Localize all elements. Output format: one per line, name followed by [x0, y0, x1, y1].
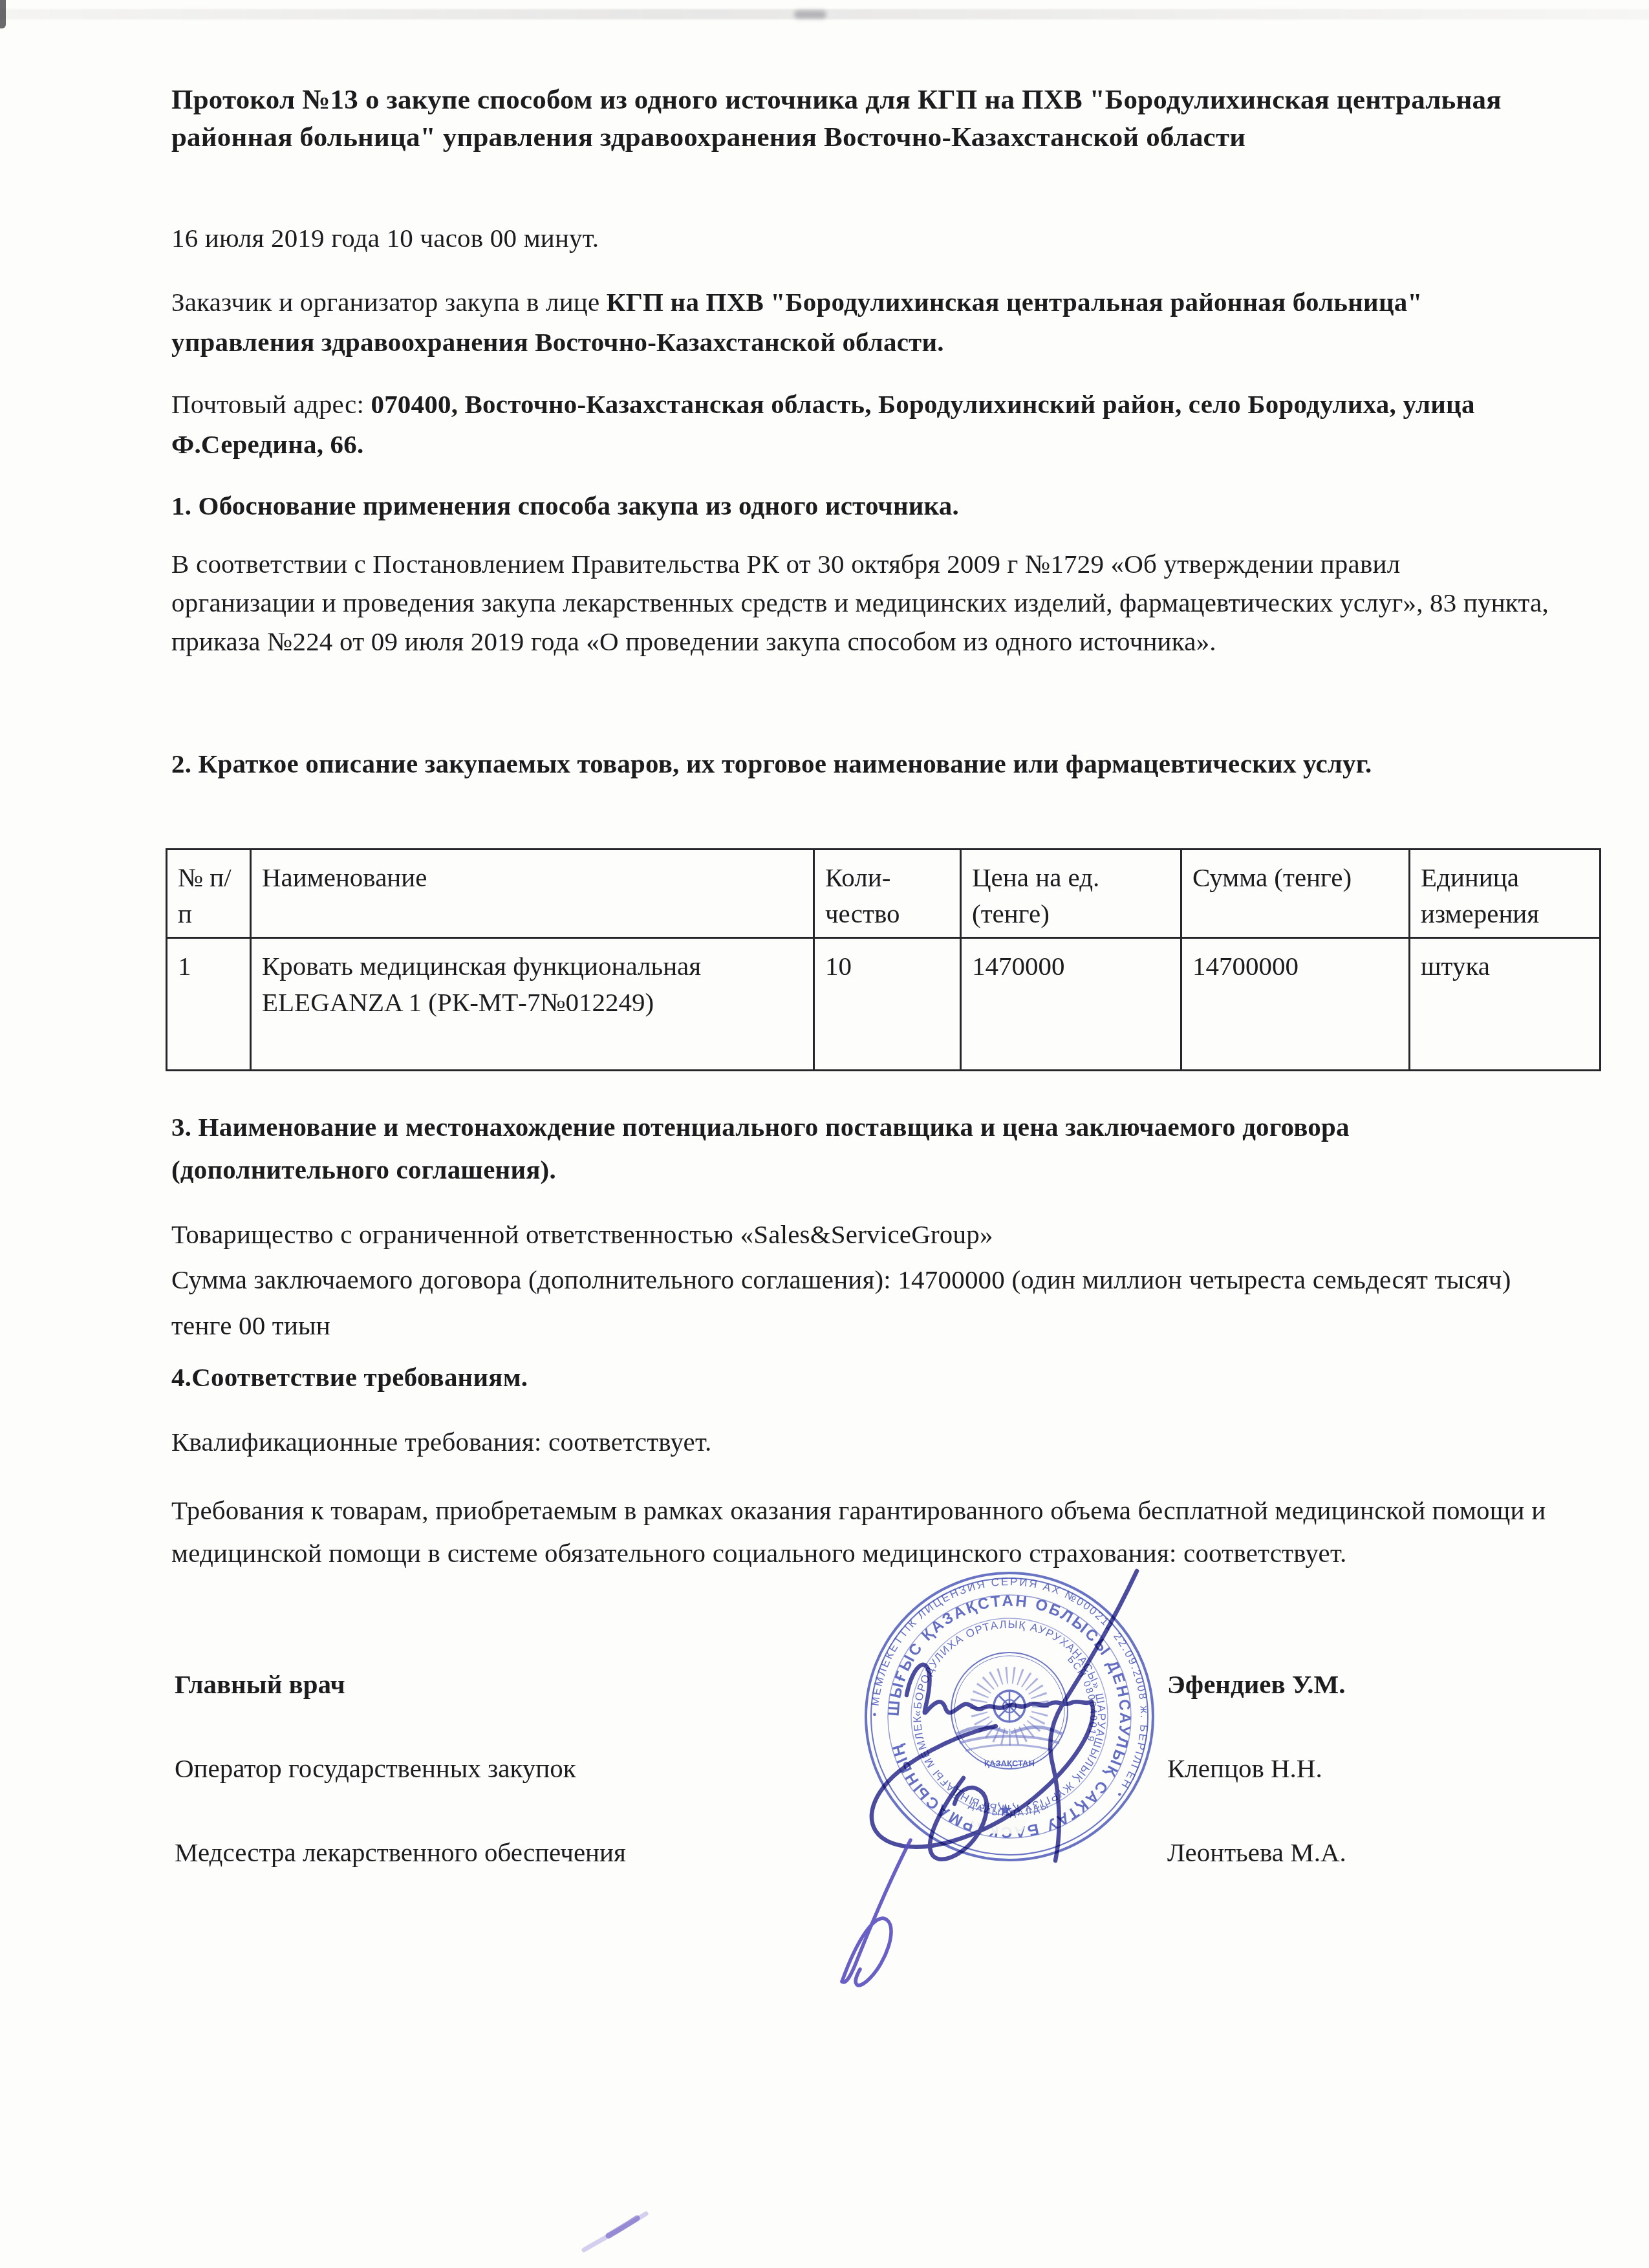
procurement-table: № п/п Наименование Коли-чество Цена на е…: [166, 848, 1601, 1071]
signatory-role: Оператор государственных закупок: [175, 1753, 576, 1783]
section-2-heading: 2. Краткое описание закупаемых товаров, …: [171, 744, 1549, 784]
table-cell-sum: 14700000: [1181, 938, 1410, 1071]
table-header-quantity: Коли-чество: [814, 850, 961, 938]
table-cell-unit-price: 1470000: [961, 938, 1181, 1071]
qualification-line: Квалификационные требования: соответству…: [171, 1422, 1549, 1461]
scan-artifact-corner-mark: [0, 0, 6, 28]
customer-intro-text: Заказчик и организатор закупа в лице: [171, 287, 607, 317]
table-cell-number: 1: [167, 938, 251, 1071]
scanned-protocol-page: Протокол №13 о закупе способом из одного…: [0, 0, 1649, 2268]
table-cell-unit: штука: [1410, 938, 1600, 1071]
table-cell-quantity: 10: [814, 938, 961, 1071]
table-header-unit: Единица измерения: [1410, 850, 1600, 938]
postal-label: Почтовый адрес:: [171, 389, 371, 419]
signatory-role: Главный врач: [175, 1669, 345, 1699]
signatory-role: Медсестра лекарственного обеспечения: [175, 1837, 626, 1867]
signatory-name: Эфендиев У.М.: [1167, 1669, 1346, 1700]
customer-paragraph: Заказчик и организатор закупа в лице КГП…: [171, 282, 1549, 362]
document-title: Протокол №13 о закупе способом из одного…: [171, 81, 1549, 156]
table-header-sum: Сумма (тенге): [1181, 850, 1410, 938]
document-datetime: 16 июля 2019 года 10 часов 00 минут.: [171, 219, 1549, 257]
table-header-number: № п/п: [167, 850, 251, 938]
table-row: 1 Кровать медицинская функциональная ELE…: [167, 938, 1600, 1071]
signatory-name: Леонтьева М.А.: [1167, 1837, 1346, 1868]
table-header-row: № п/п Наименование Коли-чество Цена на е…: [167, 850, 1600, 938]
ink-smudge: [579, 2206, 656, 2258]
section-1-body: В соответствии с Постановлением Правител…: [171, 544, 1549, 661]
table-header-name: Наименование: [251, 850, 814, 938]
postal-address-paragraph: Почтовый адрес: 070400, Восточно-Казахст…: [171, 384, 1549, 464]
section-4-heading: 4.Соответствие требованиям.: [171, 1358, 1549, 1396]
table-header-unit-price: Цена на ед. (тенге): [961, 850, 1181, 938]
supplier-line: Товарищество с ограниченной ответственно…: [171, 1212, 1549, 1257]
scan-artifact-smudge: [794, 10, 826, 19]
section-1-heading: 1. Обоснование применения способа закупа…: [171, 486, 1549, 525]
contract-sum-line: Сумма заключаемого договора (дополнитель…: [171, 1257, 1549, 1349]
signatory-name: Клепцов Н.Н.: [1167, 1753, 1322, 1784]
signature-strokes: [737, 1558, 1190, 2011]
table-cell-name: Кровать медицинская функциональная ELEGA…: [251, 938, 814, 1071]
section-3-heading: 3. Наименование и местонахождение потенц…: [171, 1106, 1549, 1191]
